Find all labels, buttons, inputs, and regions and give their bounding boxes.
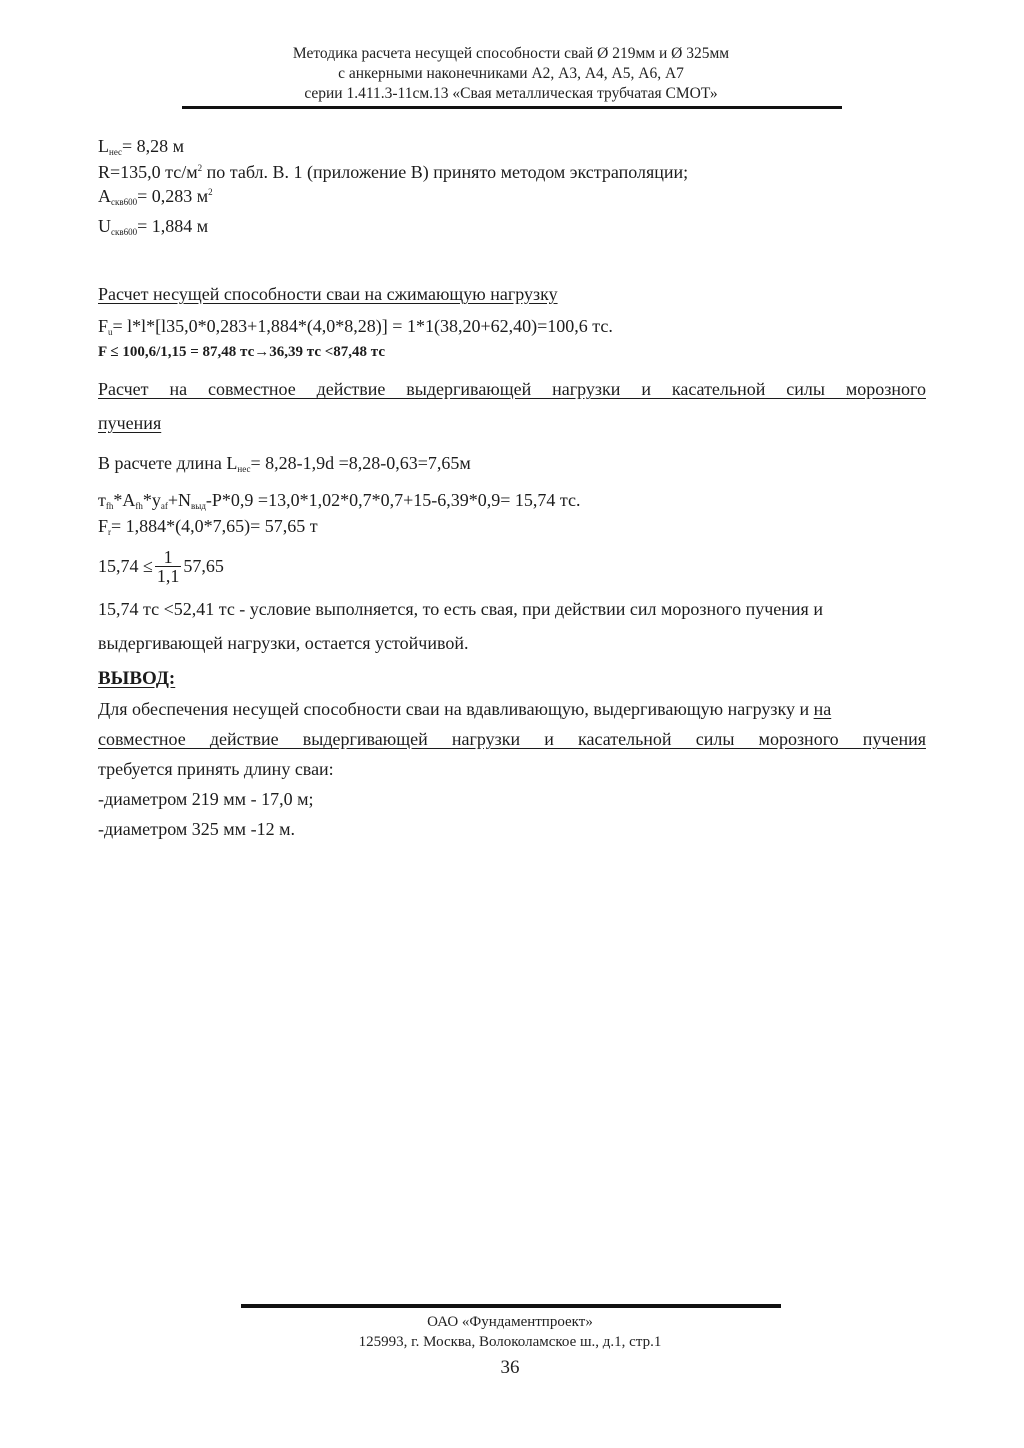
footer-divider xyxy=(241,1304,781,1308)
inequality-right: 57,65 xyxy=(183,554,224,578)
frost-force: Fr= 1,884*(4,0*7,65)= 57,65 т xyxy=(98,514,926,538)
fraction-numerator: 1 xyxy=(155,548,182,567)
document-body: Lнес= 8,28 м R=135,0 тс/м2 по табл. В. 1… xyxy=(98,134,926,844)
frost-eq-y-sub: af xyxy=(161,501,168,511)
param-area-subscript: скв600 xyxy=(111,197,137,207)
frost-length: В расчете длина Lнес= 8,28-1,9d =8,28-0,… xyxy=(98,446,926,480)
frost-eq-y: *y xyxy=(143,490,161,510)
summary-text: Для обеспечения несущей способности сваи… xyxy=(98,699,814,719)
param-resistance-note: по табл. В. 1 (приложение В) принято мет… xyxy=(202,162,688,182)
param-length-symbol: L xyxy=(98,136,109,156)
page-header: Методика расчета несущей способности сва… xyxy=(180,44,842,104)
summary-paragraph-line-3: требуется принять длину сваи: xyxy=(98,754,926,784)
page-footer: ОАО «Фундаментпроект» 125993, г. Москва,… xyxy=(230,1312,790,1378)
frost-length-formula: = 8,28-1,9d =8,28-0,63=7,65м xyxy=(250,453,470,473)
header-divider xyxy=(182,106,842,109)
param-length-subscript: нес xyxy=(109,147,122,157)
fraction: 1 1,1 xyxy=(155,548,182,585)
frost-eq-t: т xyxy=(98,490,106,510)
frost-eq-a: *A xyxy=(113,490,135,510)
summary-text-underlined: на xyxy=(814,699,832,719)
frost-equation: тfh*Afh*yaf+Nвыд-P*0,9 =13,0*1,02*0,7*0,… xyxy=(98,488,926,512)
param-length-value: = 8,28 м xyxy=(122,136,184,156)
summary-paragraph-line-1: Для обеспечения несущей способности сваи… xyxy=(98,694,926,724)
param-length: Lнес= 8,28 м xyxy=(98,134,926,158)
summary-paragraph-line-2: совместное действие выдергивающей нагруз… xyxy=(98,724,926,754)
page-number: 36 xyxy=(230,1358,790,1378)
summary-heading: ВЫВОД: xyxy=(98,664,926,694)
frost-heading-line-1: Расчет на совместное действие выдергиваю… xyxy=(98,372,926,406)
param-perimeter-symbol: U xyxy=(98,216,111,236)
compression-formula-expression: = l*l*[l35,0*0,283+1,884*(4,0*8,28)] = 1… xyxy=(113,316,613,336)
frost-length-subscript: нес xyxy=(237,464,250,474)
header-title-line-2: с анкерными наконечниками А2, А3, А4, А5… xyxy=(180,64,842,84)
compression-check: F ≤ 100,6/1,15 = 87,48 тс→36,39 тс <87,4… xyxy=(98,340,926,364)
param-perimeter: Uскв600= 1,884 м xyxy=(98,214,926,238)
param-resistance: R=135,0 тс/м2 по табл. В. 1 (приложение … xyxy=(98,160,926,184)
frost-eq-rest: -P*0,9 =13,0*1,02*0,7*0,7+15-6,39*0,9= 1… xyxy=(206,490,581,510)
summary-item-219: -диаметром 219 мм - 17,0 м; xyxy=(98,784,926,814)
param-resistance-value: R=135,0 тс/м xyxy=(98,162,198,182)
compression-formula: Fu= l*l*[l35,0*0,283+1,884*(4,0*8,28)] =… xyxy=(98,314,926,338)
summary-item-325: -диаметром 325 мм -12 м. xyxy=(98,814,926,844)
compression-heading: Расчет несущей способности сваи на сжима… xyxy=(98,282,926,306)
frost-heading-line-2: пучения xyxy=(98,406,926,440)
header-title-line-1: Методика расчета несущей способности сва… xyxy=(180,44,842,64)
fraction-denominator: 1,1 xyxy=(155,567,182,585)
frost-eq-a-sub: fh xyxy=(135,501,143,511)
frost-eq-n-sub: выд xyxy=(191,501,206,511)
frost-conclusion-line-2: выдергивающей нагрузки, остается устойчи… xyxy=(98,626,926,660)
frost-length-label: В расчете длина L xyxy=(98,453,237,473)
footer-address: 125993, г. Москва, Волоколамское ш., д.1… xyxy=(230,1332,790,1352)
frost-force-symbol: F xyxy=(98,516,108,536)
param-area: Aскв600= 0,283 м2 xyxy=(98,184,926,208)
header-title-line-3: серии 1.411.3-11см.13 «Свая металлическа… xyxy=(180,84,842,104)
inequality-left: 15,74 ≤ xyxy=(98,554,153,578)
param-area-sup: 2 xyxy=(208,187,213,197)
footer-company: ОАО «Фундаментпроект» xyxy=(230,1312,790,1332)
compression-formula-symbol: F xyxy=(98,316,108,336)
param-perimeter-subscript: скв600 xyxy=(111,227,137,237)
param-area-value: = 0,283 м xyxy=(137,186,208,206)
frost-conclusion-line-1: 15,74 тс <52,41 тс - условие выполняется… xyxy=(98,592,926,626)
param-area-symbol: A xyxy=(98,186,111,206)
frost-eq-n: +N xyxy=(168,490,191,510)
frost-inequality: 15,74 ≤ 1 1,1 57,65 xyxy=(98,544,926,588)
param-perimeter-value: = 1,884 м xyxy=(137,216,208,236)
frost-force-formula: = 1,884*(4,0*7,65)= 57,65 т xyxy=(111,516,318,536)
